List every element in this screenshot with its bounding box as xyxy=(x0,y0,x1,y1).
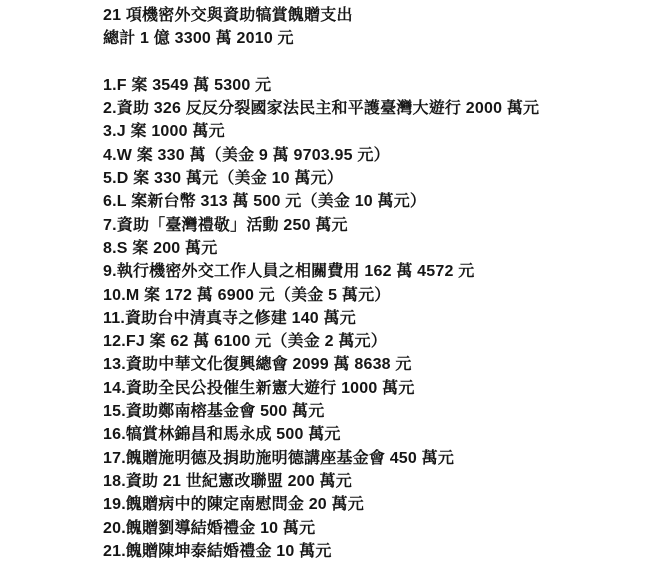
expense-item-7: 7.資助「臺灣禮敬」活動 250 萬元 xyxy=(103,214,646,237)
document-text-column: 21 項機密外交與資助犒賞餽贈支出 總計 1 億 3300 萬 2010 元 1… xyxy=(103,4,646,563)
expense-item-4: 4.W 案 330 萬（美金 9 萬 9703.95 元） xyxy=(103,144,646,167)
expense-item-11: 11.資助台中清真寺之修建 140 萬元 xyxy=(103,307,646,330)
expense-item-9: 9.執行機密外交工作人員之相關費用 162 萬 4572 元 xyxy=(103,260,646,283)
expense-item-16: 16.犒賞林錦昌和馬永成 500 萬元 xyxy=(103,423,646,446)
expense-item-12: 12.FJ 案 62 萬 6100 元（美金 2 萬元） xyxy=(103,330,646,353)
expense-item-19: 19.餽贈病中的陳定南慰問金 20 萬元 xyxy=(103,493,646,516)
expense-item-2: 2.資助 326 反反分裂國家法民主和平護臺灣大遊行 2000 萬元 xyxy=(103,97,646,120)
expense-item-14: 14.資助全民公投催生新憲大遊行 1000 萬元 xyxy=(103,377,646,400)
total-line: 總計 1 億 3300 萬 2010 元 xyxy=(103,27,646,50)
document-heading: 21 項機密外交與資助犒賞餽贈支出 xyxy=(103,4,646,27)
expense-item-10: 10.M 案 172 萬 6900 元（美金 5 萬元） xyxy=(103,284,646,307)
expense-item-21: 21.餽贈陳坤泰結婚禮金 10 萬元 xyxy=(103,540,646,563)
expense-item-15: 15.資助鄭南榕基金會 500 萬元 xyxy=(103,400,646,423)
document-page: 21 項機密外交與資助犒賞餽贈支出 總計 1 億 3300 萬 2010 元 1… xyxy=(0,0,656,564)
expense-item-17: 17.餽贈施明德及捐助施明德講座基金會 450 萬元 xyxy=(103,447,646,470)
expense-item-8: 8.S 案 200 萬元 xyxy=(103,237,646,260)
blank-line-spacer xyxy=(103,51,646,74)
expense-item-20: 20.餽贈劉導結婚禮金 10 萬元 xyxy=(103,517,646,540)
expense-item-6: 6.L 案新台幣 313 萬 500 元（美金 10 萬元） xyxy=(103,190,646,213)
expense-item-5: 5.D 案 330 萬元（美金 10 萬元） xyxy=(103,167,646,190)
expense-item-18: 18.資助 21 世紀憲改聯盟 200 萬元 xyxy=(103,470,646,493)
expense-item-3: 3.J 案 1000 萬元 xyxy=(103,120,646,143)
expense-item-13: 13.資助中華文化復興總會 2099 萬 8638 元 xyxy=(103,353,646,376)
expense-item-1: 1.F 案 3549 萬 5300 元 xyxy=(103,74,646,97)
